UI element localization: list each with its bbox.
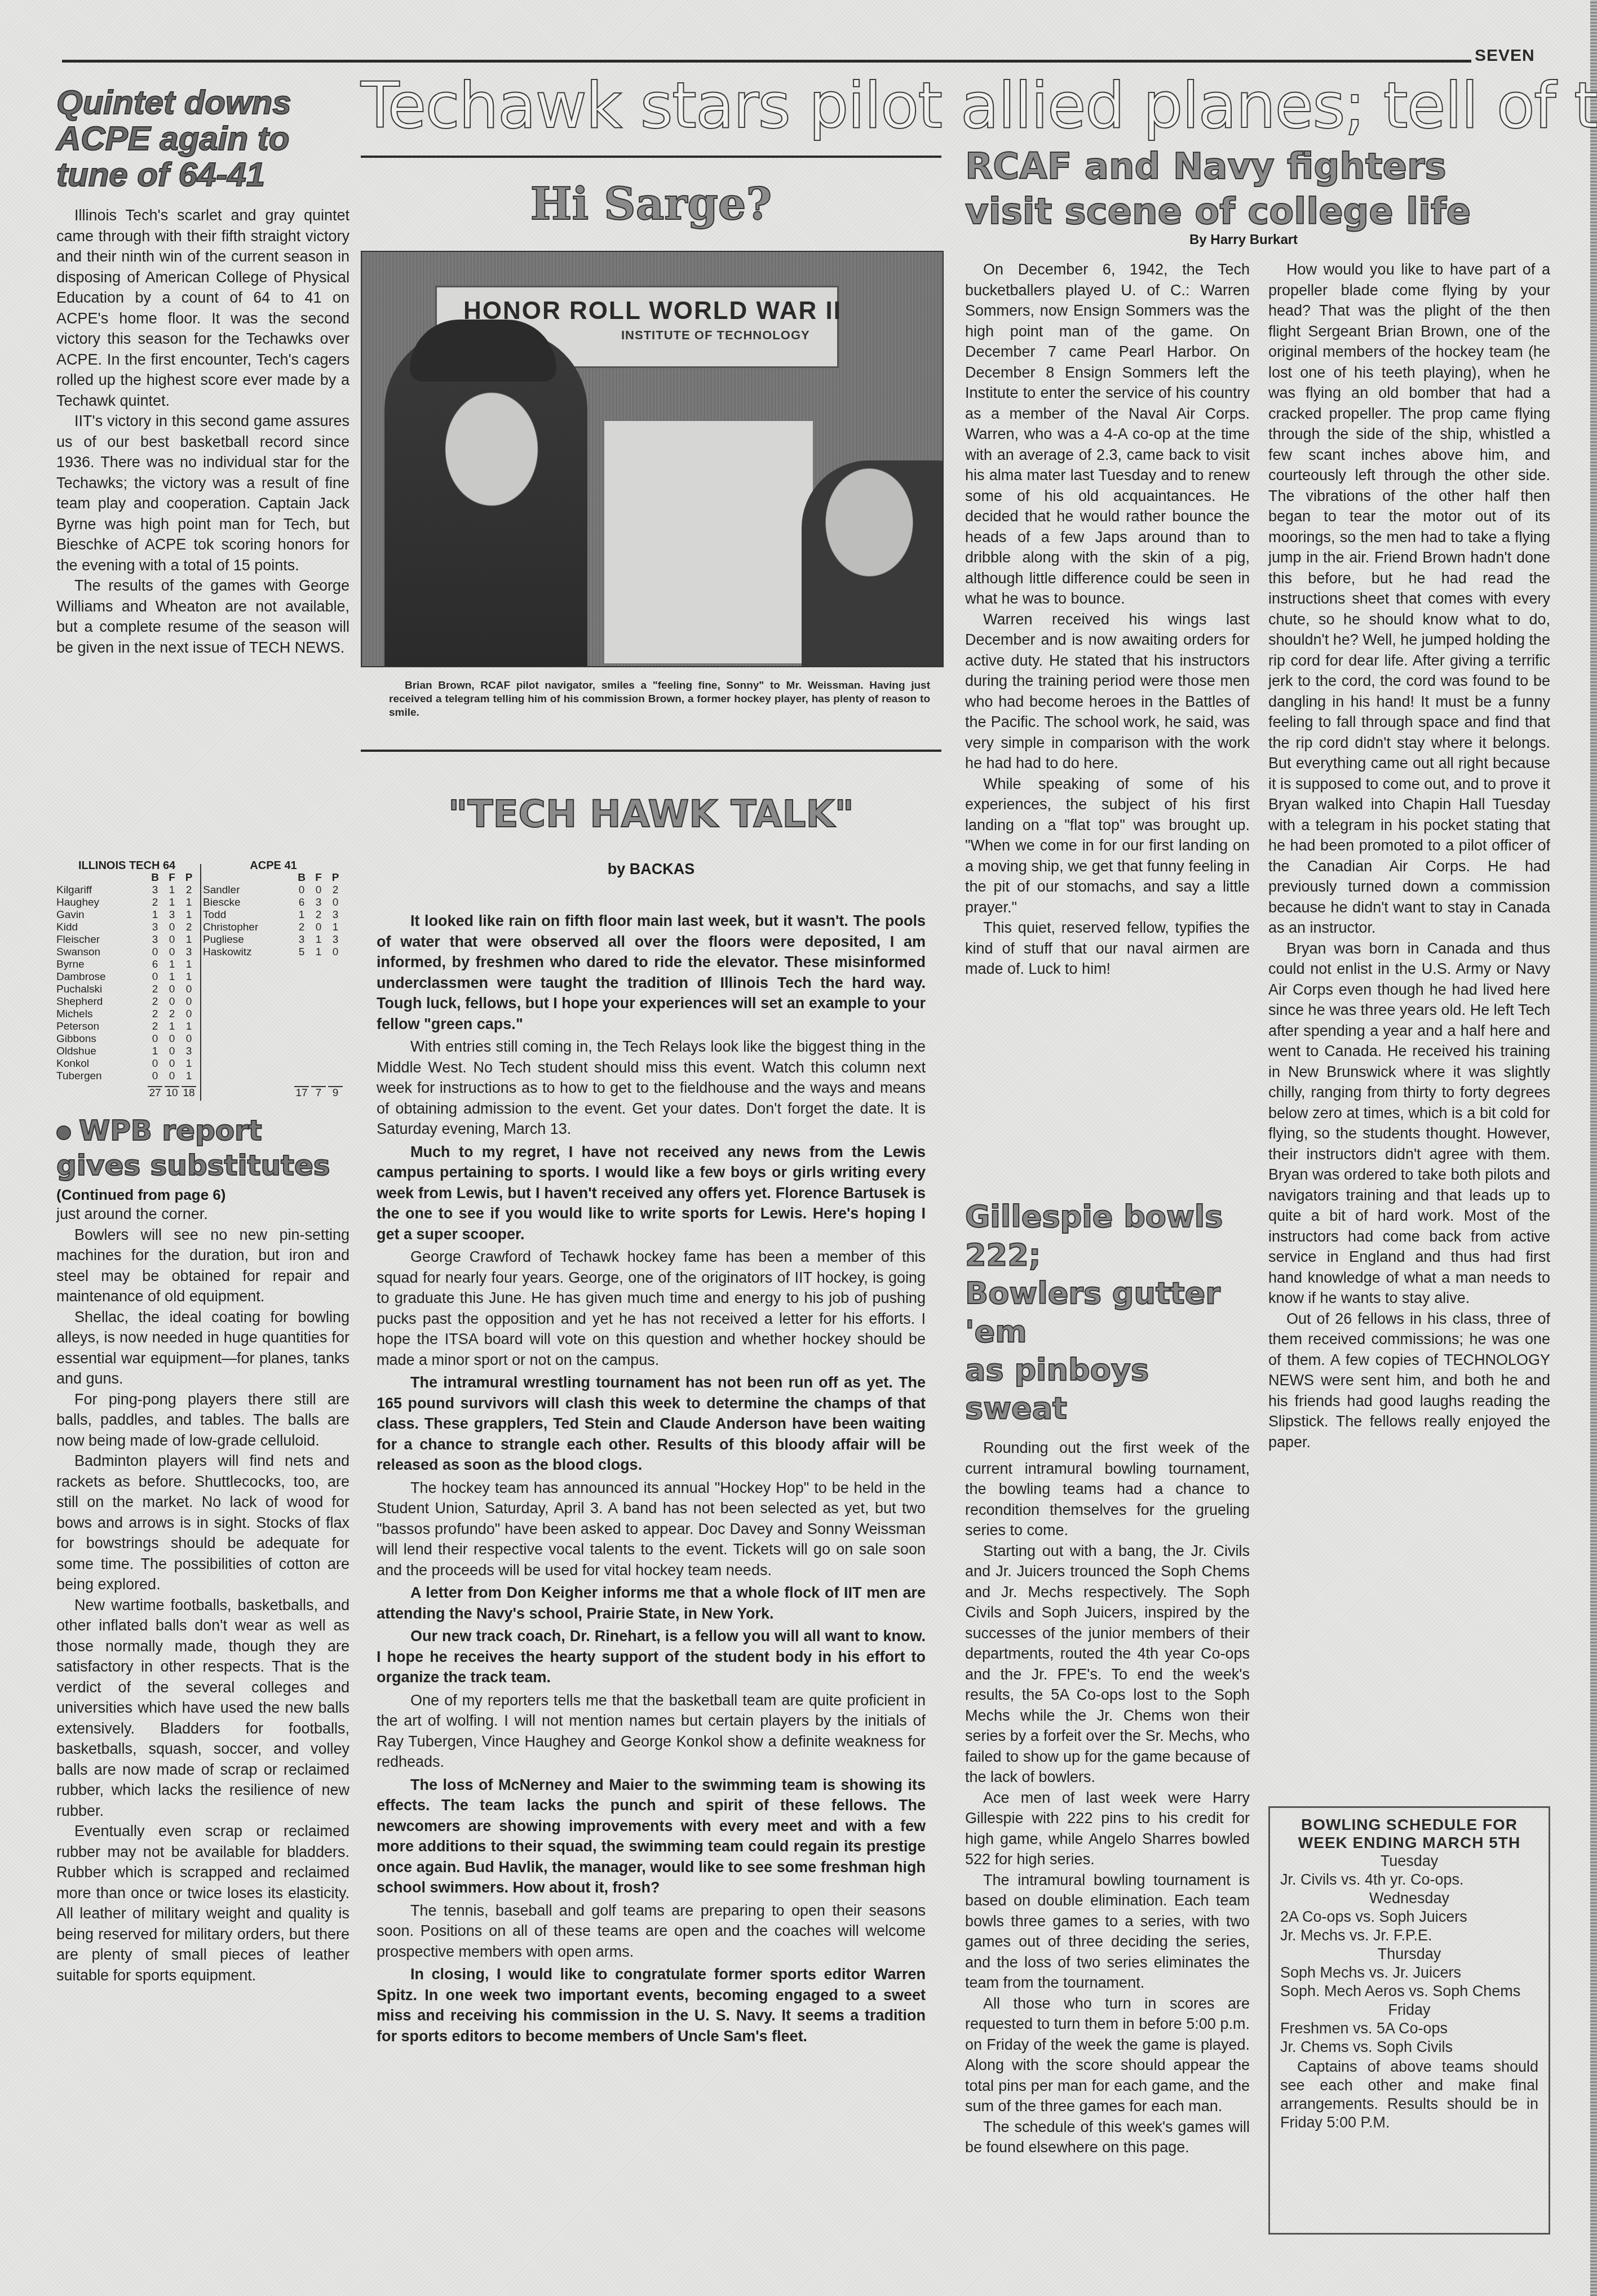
box-score-row: Gavin131 (56, 909, 197, 921)
wpb-article: WPB report gives substitutes (Continued … (56, 1113, 350, 1985)
bowling-body: Rounding out the first week of the curre… (965, 1438, 1250, 2158)
wpb-headline: WPB report gives substitutes (56, 1113, 350, 1183)
rule-under-banner (361, 156, 941, 158)
tech-hawk-talk-headline: "TECH HAWK TALK" (361, 792, 941, 837)
header-rule (62, 60, 1471, 63)
away-players: Sandler002Biescke630Todd123Christopher20… (203, 884, 344, 959)
quintet-headline: Quintet downs ACPE again to tune of 64-4… (56, 85, 350, 193)
bowling-schedule-title: BOWLING SCHEDULE FOR WEEK ENDING MARCH 5… (1280, 1816, 1538, 1852)
rcaf-byline: By Harry Burkart (1189, 232, 1298, 248)
news-photo: HONOR ROLL WORLD WAR II INSTITUTE OF TEC… (361, 251, 944, 667)
column-paragraph: In closing, I would like to congratulate… (377, 1964, 926, 2046)
column-paragraph: The tennis, baseball and golf teams are … (377, 1900, 926, 1962)
schedule-game: 2A Co-ops vs. Soph Juicers (1280, 1908, 1538, 1926)
wpb-body: just around the corner. Bowlers will see… (56, 1204, 350, 1985)
bowling-article: Gillespie bowls 222; Bowlers gutter 'em … (965, 1198, 1250, 2158)
board (604, 421, 813, 663)
column-paragraph: With entries still coming in, the Tech R… (377, 1036, 926, 1140)
bowling-headline: Gillespie bowls 222; Bowlers gutter 'em … (965, 1198, 1250, 1428)
box-score-row: Shepherd200 (56, 996, 197, 1008)
rcaf-column-b: How would you like to have part of a pro… (1268, 259, 1550, 1452)
column-paragraph: George Crawford of Techawk hockey fame h… (377, 1247, 926, 1370)
box-score-row: Haughey211 (56, 897, 197, 909)
schedule-game: Soph. Mech Aeros vs. Soph Chems (1280, 1982, 1538, 2001)
box-score-row: Michels220 (56, 1008, 197, 1021)
schedule-game: Freshmen vs. 5A Co-ops (1280, 2019, 1538, 2038)
rule-under-caption (361, 750, 941, 752)
quintet-article: Quintet downs ACPE again to tune of 64-4… (56, 85, 350, 658)
sign-subtext: INSTITUTE OF TECHNOLOGY (621, 328, 810, 343)
box-score-row: Biescke630 (203, 897, 344, 909)
newspaper-page: SEVEN Techawk stars pilot allied planes;… (0, 0, 1597, 2296)
schedule-game: Soph Mechs vs. Jr. Juicers (1280, 1963, 1538, 1982)
away-totals: 17 7 9 (203, 1087, 344, 1100)
bullet-icon (56, 1125, 71, 1140)
column-paragraph: It looked like rain on fifth floor main … (377, 911, 926, 1034)
box-score-row: Sandler002 (203, 884, 344, 897)
home-totals: 27 10 18 (56, 1087, 197, 1100)
page-folio: SEVEN (1475, 46, 1535, 65)
quintet-body: Illinois Tech's scarlet and gray quintet… (56, 205, 350, 658)
box-score-row: Todd123 (203, 909, 344, 921)
schedule-note: Captains of above teams should see each … (1280, 2058, 1538, 2132)
box-score-row: Dambrose011 (56, 971, 197, 983)
box-score-row: Haskowitz510 (203, 946, 344, 959)
tech-hawk-talk: "TECH HAWK TALK" by BACKAS It looked lik… (361, 792, 941, 2049)
cap (410, 320, 556, 382)
box-score-row: Peterson211 (56, 1021, 197, 1033)
home-column-headers: B F P (56, 872, 197, 884)
person-weissman (802, 460, 944, 667)
rcaf-headline: RCAF and Navy fighters visit scene of co… (965, 144, 1585, 234)
column-paragraph: The loss of McNerney and Maier to the sw… (377, 1775, 926, 1898)
box-score-row: Tubergen001 (56, 1070, 197, 1083)
column-paragraph: The hockey team has announced its annual… (377, 1478, 926, 1581)
box-score-row: Pugliese313 (203, 934, 344, 946)
wpb-continued: (Continued from page 6) (56, 1186, 350, 1204)
column-paragraph: A letter from Don Keigher informs me tha… (377, 1583, 926, 1624)
schedule-day-friday: Friday (1280, 2001, 1538, 2019)
tech-hawk-talk-byline: by BACKAS (361, 861, 941, 878)
home-team-header: ILLINOIS TECH 64 (56, 859, 197, 872)
schedule-day-wednesday: Wednesday (1280, 1889, 1538, 1908)
box-score-row: Kidd302 (56, 921, 197, 934)
box-score-divider (200, 864, 201, 1101)
box-score-row: Oldshue103 (56, 1045, 197, 1058)
column-paragraph: Much to my regret, I have not received a… (377, 1142, 926, 1245)
box-score-row: Konkol001 (56, 1058, 197, 1070)
schedule-day-thursday: Thursday (1280, 1945, 1538, 1963)
column-paragraph: The intramural wrestling tournament has … (377, 1372, 926, 1475)
schedule-game: Jr. Civils vs. 4th yr. Co-ops. (1280, 1871, 1538, 1889)
banner-headline: Techawk stars pilot allied planes; tell … (361, 72, 1597, 140)
box-score-away: ACPE 41 B F P Sandler002Biescke630Todd12… (203, 859, 344, 1100)
home-players: Kilgariff312Haughey211Gavin131Kidd302Fle… (56, 884, 197, 1083)
away-column-headers: B F P (203, 872, 344, 884)
box-score-home: ILLINOIS TECH 64 B F P Kilgariff312Haugh… (56, 859, 197, 1100)
column-paragraph: One of my reporters tells me that the ba… (377, 1690, 926, 1772)
bowling-schedule-box: BOWLING SCHEDULE FOR WEEK ENDING MARCH 5… (1268, 1806, 1550, 2235)
box-score-row: Swanson003 (56, 946, 197, 959)
page-edge (1590, 0, 1597, 2296)
box-score-row: Gibbons000 (56, 1033, 197, 1045)
box-score-row: Puchalski200 (56, 983, 197, 996)
tech-hawk-talk-body: It looked like rain on fifth floor main … (361, 911, 941, 2046)
box-score-row: Byrne611 (56, 959, 197, 971)
rcaf-column-a: On December 6, 1942, the Tech bucketball… (965, 259, 1250, 979)
box-score-row: Fleischer301 (56, 934, 197, 946)
photo-headline: Hi Sarge? (361, 179, 941, 230)
away-team-header: ACPE 41 (203, 859, 344, 872)
column-paragraph: Our new track coach, Dr. Rinehart, is a … (377, 1626, 926, 1688)
schedule-game: Jr. Chems vs. Soph Civils (1280, 2038, 1538, 2056)
photo-caption: Brian Brown, RCAF pilot navigator, smile… (389, 679, 930, 720)
box-score-row: Kilgariff312 (56, 884, 197, 897)
box-score-row: Christopher201 (203, 921, 344, 934)
schedule-day-tuesday: Tuesday (1280, 1852, 1538, 1871)
schedule-game: Jr. Mechs vs. Jr. F.P.E. (1280, 1926, 1538, 1945)
